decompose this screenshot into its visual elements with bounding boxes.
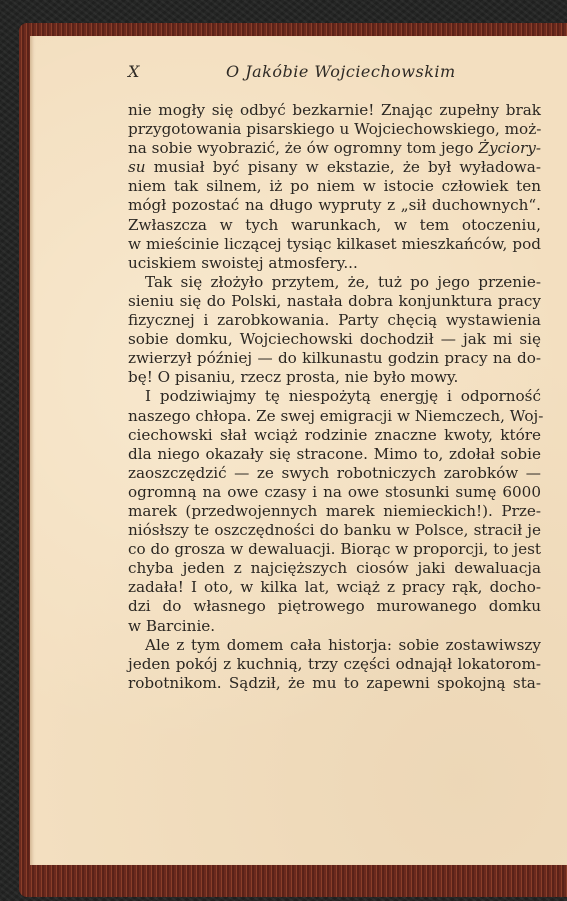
text-line: niósłszy te oszczędności do banku w Pols… <box>128 521 541 540</box>
text-line: mógł pozostać na długo wypruty z „sił du… <box>128 196 541 215</box>
text-line: ogromną na owe czasy i na owe stosunki s… <box>128 483 541 502</box>
text-line: Zwłaszcza w tych warunkach, w tem otocze… <box>128 216 541 235</box>
text-line: naszego chłopa. Ze swej emigracji w Niem… <box>128 407 541 426</box>
text-line: zadała! I oto, w kilka lat, wciąż z prac… <box>128 578 541 597</box>
text-line: bę! O pisaniu, rzecz prosta, nie było mo… <box>128 368 541 387</box>
text-line: chyba jeden z najcięższych ciosów jaki d… <box>128 559 541 578</box>
text-line: w mieścinie liczącej tysiąc kilkaset mie… <box>128 235 541 254</box>
text-line: marek (przedwojennych marek niemieckich!… <box>128 502 541 521</box>
text-line: nie mogły się odbyć bezkarnie! Znając zu… <box>128 101 541 120</box>
book-title-italic: Życiory- <box>478 139 541 157</box>
text-line: uciskiem swoistej atmosfery... <box>128 254 541 273</box>
page-number: X <box>128 62 140 81</box>
text-line: sobie domku, Wojciechowski dochodził — j… <box>128 330 541 349</box>
text-line: Ale z tym domem cała historja: sobie zos… <box>128 636 541 655</box>
text-line: w Barcinie. <box>128 617 541 636</box>
book-title-italic: su <box>128 158 146 176</box>
text-line: zaoszczędzić — ze swych robotniczych zar… <box>128 464 541 483</box>
running-head: X O Jakóbie Wojciechowskim <box>128 62 518 86</box>
text-fragment: musiał być pisany w ekstazie, że był wył… <box>154 158 541 176</box>
text-line: niem tak silnem, iż po niem w istocie cz… <box>128 177 541 196</box>
text-line: dzi do własnego piętrowego murowanego do… <box>128 597 541 616</box>
text-line: co do grosza w dewaluacji. Biorąc w prop… <box>128 540 541 559</box>
text-line: jeden pokój z kuchnią, trzy części odnaj… <box>128 655 541 674</box>
text-fragment: na sobie wyobrazić, że ów ogromny tom je… <box>128 139 474 157</box>
text-line: fizycznej i zarobkowania. Party chęcią w… <box>128 311 541 330</box>
text-line: dla niego okazały się stracone. Mimo to,… <box>128 445 541 464</box>
text-line: robotnikom. Sądził, że mu to zapewni spo… <box>128 674 541 693</box>
text-line: ciechowski słał wciąż rodzinie znaczne k… <box>128 426 541 445</box>
text-line: przygotowania pisarskiego u Wojciechowsk… <box>128 120 541 139</box>
text-line: I podziwiajmy tę niespożytą energję i od… <box>128 387 541 406</box>
body-text: nie mogły się odbyć bezkarnie! Znając zu… <box>128 101 541 693</box>
chapter-title: O Jakóbie Wojciechowskim <box>226 62 456 81</box>
text-line: Tak się złożyło przytem, że, tuż po jego… <box>128 273 541 292</box>
text-line: zwierzył później — do kilkunastu godzin … <box>128 349 541 368</box>
text-line: na sobie wyobrazić, że ów ogromny tom je… <box>128 139 541 158</box>
text-line: sieniu się do Polski, nastała dobra konj… <box>128 292 541 311</box>
text-line: su musiał być pisany w ekstazie, że był … <box>128 158 541 177</box>
